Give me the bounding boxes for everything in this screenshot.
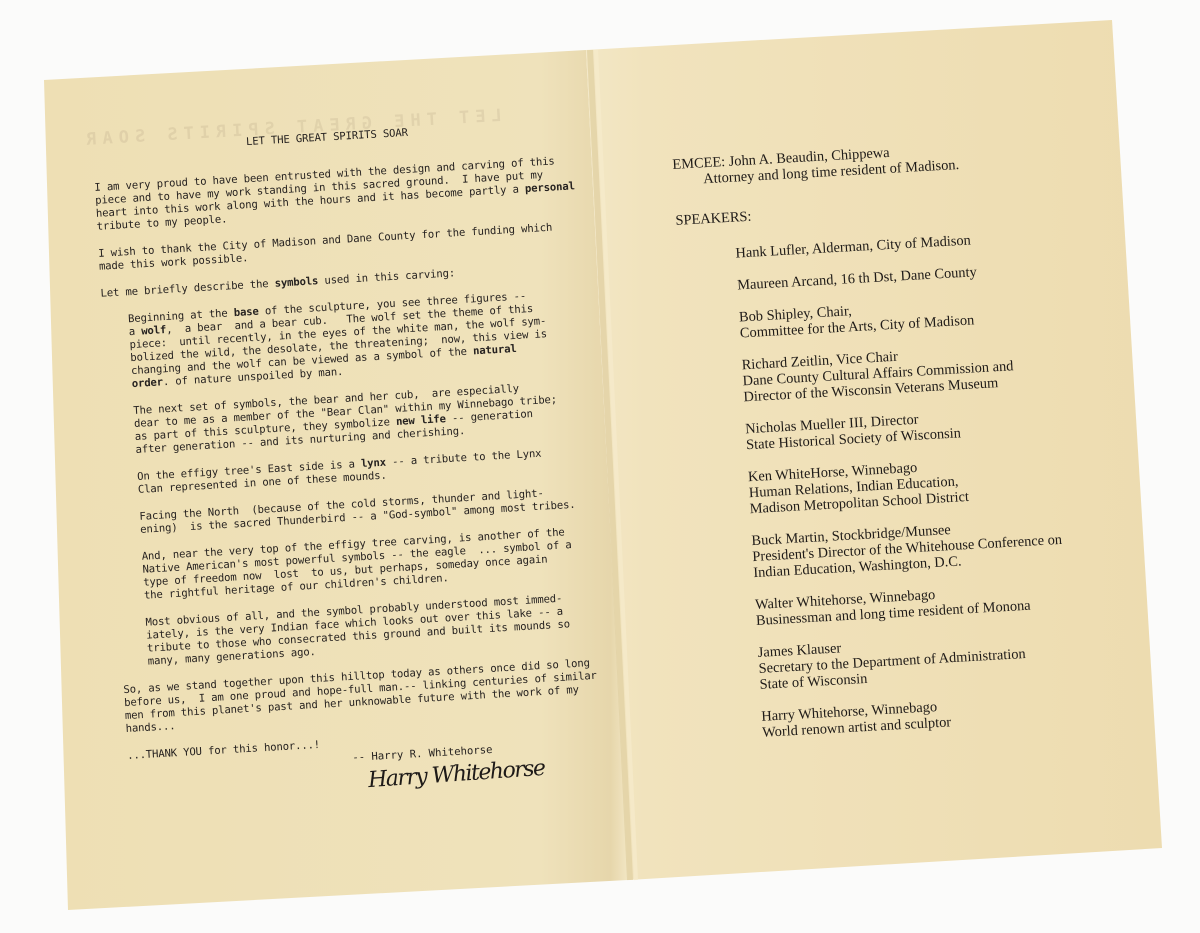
speakers-heading: SPEAKERS: (675, 187, 1135, 229)
left-page: LET THE GREAT SPIRITS SOAR I am very pro… (92, 115, 648, 777)
speaker-entry: Hank Lufler, Alderman, City of Madison (735, 223, 1137, 261)
speaker-entry: Walter Whitehorse, WinnebagoBusinessman … (755, 575, 1158, 629)
paragraph: Beginning at the base of the sculpture, … (128, 285, 626, 391)
speaker-entry: Bob Shipley, Chair,Committee for the Art… (739, 287, 1142, 341)
speaker-entry: Ken WhiteHorse, WinnebagoHuman Relations… (748, 447, 1152, 517)
speaker-entry: Buck Martin, Stockbridge/MunseePresident… (751, 511, 1155, 581)
speaker-entry: Richard Zeitlin, Vice ChairDane County C… (741, 335, 1145, 405)
speaker-entry: Nicholas Mueller III, DirectorState Hist… (745, 399, 1148, 453)
speakers-list: Hank Lufler, Alderman, City of MadisonMa… (677, 223, 1164, 744)
speaker-entry: Harry Whitehorse, WinnebagoWorld renown … (761, 686, 1164, 740)
speaker-name: Maureen Arcand, 16 th Dst, Dane County (737, 255, 1139, 293)
paragraph: Most obvious of all, and the symbol prob… (145, 588, 641, 668)
speaker-entry: James KlauserSecretary to the Department… (757, 623, 1161, 693)
paragraph: The next set of symbols, the bear and he… (133, 377, 629, 457)
statement-body: I am very proud to have been entrusted w… (94, 152, 647, 763)
booklet-spread: LET THE GREAT SPIRITS SOAR LET THE GREAT… (0, 0, 1200, 933)
paragraph: And, near the very top of the effigy tre… (141, 522, 637, 602)
speaker-name: Hank Lufler, Alderman, City of Madison (735, 223, 1137, 261)
emcee-section: EMCEE: John A. Beaudin, Chippewa Attorne… (672, 131, 1133, 189)
right-page: EMCEE: John A. Beaudin, Chippewa Attorne… (672, 131, 1165, 760)
speaker-entry: Maureen Arcand, 16 th Dst, Dane County (737, 255, 1139, 293)
